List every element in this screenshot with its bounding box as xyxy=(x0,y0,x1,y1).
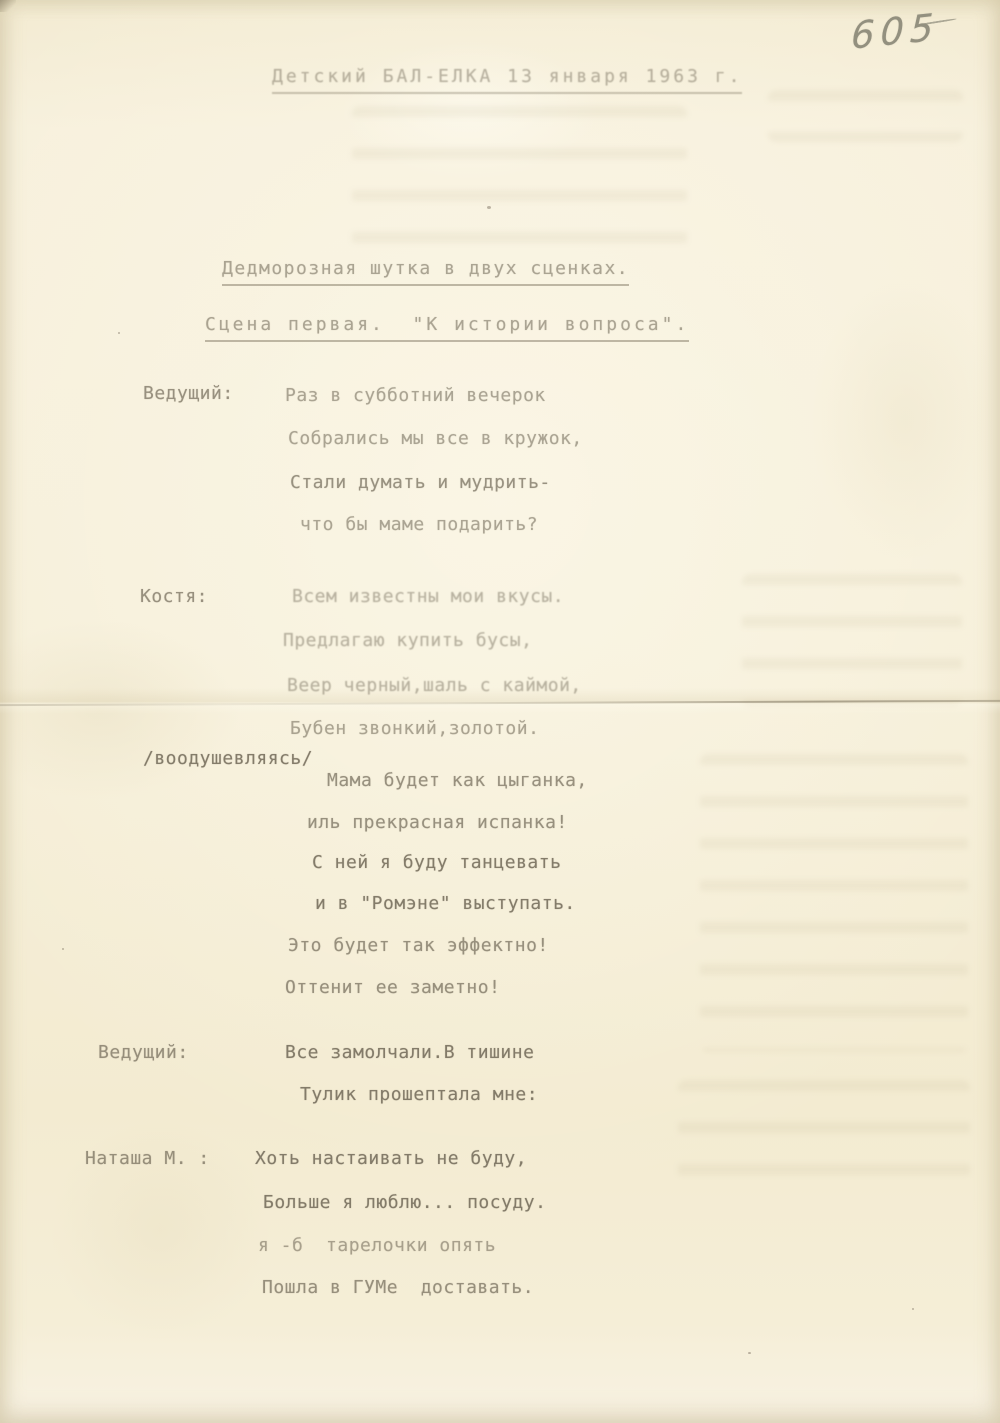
speaker-label: Наташа М. : xyxy=(85,1148,210,1170)
bleedthrough-smudge xyxy=(742,574,962,706)
verse-line: С ней я буду танцевать xyxy=(312,852,561,874)
verse-line: Предлагаю купить бусы, xyxy=(283,630,532,652)
bleedthrough-smudge xyxy=(700,754,968,1052)
verse-line: Пошла в ГУМе доставать. xyxy=(262,1277,534,1299)
scene-title: Сцена первая. "К истории вопроса". xyxy=(205,314,689,342)
verse-line: Это будет так эффектно! xyxy=(288,935,549,957)
verse-line: Мама будет как цыганка, xyxy=(327,770,588,792)
dust-speck xyxy=(118,332,120,334)
speaker-label: Ведущий: xyxy=(143,383,234,405)
dust-speck xyxy=(487,206,491,209)
verse-line: Тулик прошептала мне: xyxy=(300,1084,538,1106)
document-page: 605 Детский БАЛ-ЕЛКА 13 января 1963 г. Д… xyxy=(0,0,1000,1423)
verse-line: что бы маме подарить? xyxy=(300,514,538,536)
verse-line: и в "Ромэне" выступать. xyxy=(315,893,576,915)
verse-line: Оттенит ее заметно! xyxy=(285,977,500,999)
bleedthrough-smudge xyxy=(352,106,687,264)
verse-line: Больше я люблю... посуду. xyxy=(263,1192,546,1214)
verse-line: Собрались мы все в кружок, xyxy=(288,428,583,450)
speaker-label: Ведущий: xyxy=(98,1042,189,1064)
bleedthrough-smudge xyxy=(768,90,963,142)
verse-line: Хоть настаивать не буду, xyxy=(255,1148,527,1170)
bleedthrough-smudge xyxy=(678,1080,970,1198)
verse-line: я -б тарелочки опять xyxy=(258,1235,496,1257)
verse-line: Бубен звонкий,золотой. xyxy=(290,718,539,740)
dust-speck xyxy=(912,1308,914,1310)
dust-speck xyxy=(748,1352,751,1354)
corner-mark xyxy=(0,0,16,12)
event-title: Детский БАЛ-ЕЛКА 13 января 1963 г. xyxy=(272,66,742,94)
verse-line: Веер черный,шаль с каймой, xyxy=(287,675,582,697)
stage-direction: /воодушевляясь/ xyxy=(143,748,313,770)
verse-line: Все замолчали.В тишине xyxy=(285,1042,534,1064)
dust-speck xyxy=(62,948,64,950)
paper-stain xyxy=(810,280,1000,560)
page-number-handwritten: 605 xyxy=(850,5,940,58)
verse-line: Раз в субботний вечерок xyxy=(285,385,546,407)
verse-line: Стали думать и мудрить- xyxy=(290,472,551,494)
play-title: Дедморозная шутка в двух сценках. xyxy=(222,258,629,286)
speaker-label: Костя: xyxy=(140,586,208,608)
verse-line: иль прекрасная испанка! xyxy=(307,812,568,834)
verse-line: Всем известны мои вкусы. xyxy=(292,586,564,608)
